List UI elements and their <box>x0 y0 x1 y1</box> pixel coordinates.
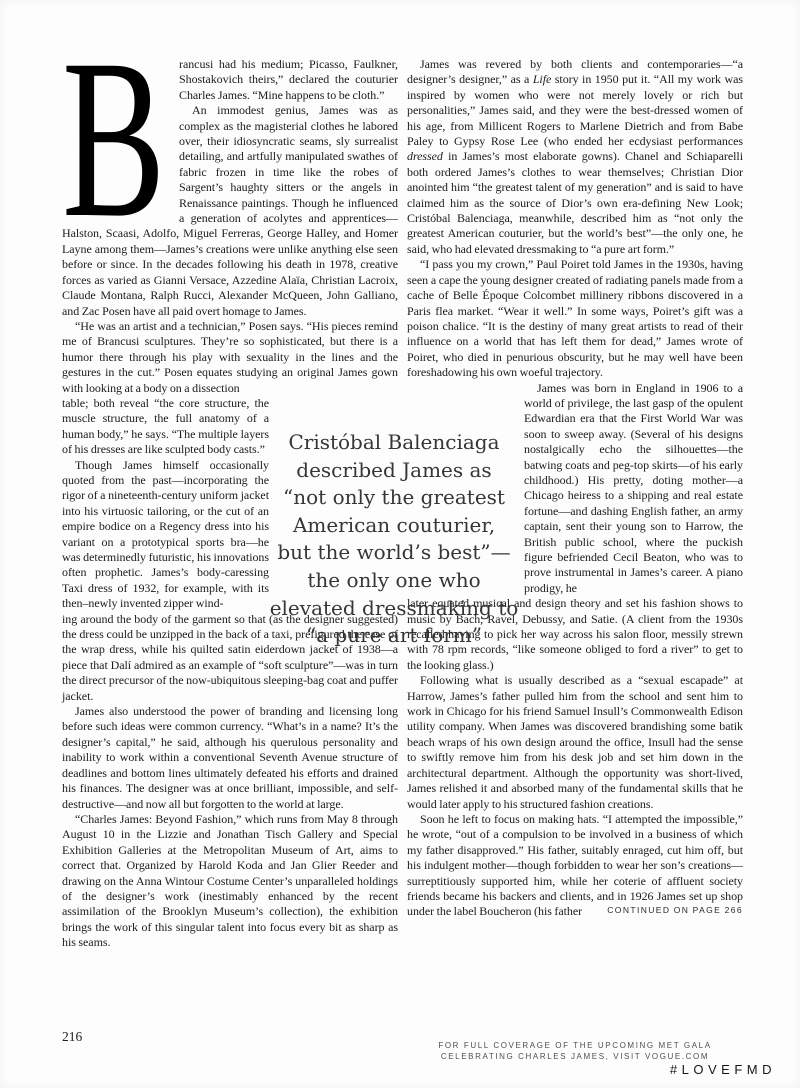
paragraph: table; both reveal “the core structure, … <box>62 396 269 458</box>
pull-quote-line: elevated dressmaking to <box>263 595 525 623</box>
magazine-page: Brancusi had his medium; Picasso, Faulkn… <box>0 0 800 1088</box>
pull-quote-line: Cristóbal Balenciaga <box>263 429 525 457</box>
paragraph: James also understood the power of brand… <box>62 704 398 812</box>
paragraph: James was born in England in 1906 to a w… <box>524 381 743 597</box>
paragraph: “Charles James: Beyond Fashion,” which r… <box>62 812 398 951</box>
paragraph: Though James himself occasionally quoted… <box>62 458 269 612</box>
left-column-full-bottom-block: ing around the body of the garment so th… <box>62 612 398 951</box>
pull-quote-line: “not only the greatest <box>263 484 525 512</box>
pull-quote-line: but the world’s best”— <box>263 539 525 567</box>
footer-note-line-2: CELEBRATING CHARLES JAMES, VISIT VOGUE.C… <box>407 1052 743 1063</box>
footer-note-line-1: FOR FULL COVERAGE OF THE UPCOMING MET GA… <box>407 1041 743 1052</box>
continued-on-page-note: CONTINUED ON PAGE 266 <box>586 903 743 918</box>
left-column-narrow-block: table; both reveal “the core structure, … <box>62 396 269 612</box>
paragraph: James was revered by both clients and co… <box>407 57 743 257</box>
pull-quote-line: described James as <box>263 457 525 485</box>
pull-quote-line: American couturier, <box>263 512 525 540</box>
pull-quote-line: the only one who <box>263 567 525 595</box>
left-column-full-top-block: Brancusi had his medium; Picasso, Faulkn… <box>62 57 398 396</box>
paragraph: Following what is usually described as a… <box>407 673 743 812</box>
right-column-full-top-block: James was revered by both clients and co… <box>407 57 743 381</box>
paragraph: Brancusi had his medium; Picasso, Faulkn… <box>62 57 398 103</box>
paragraph: “He was an artist and a technician,” Pos… <box>62 319 398 396</box>
pull-quote: Cristóbal Balenciaga described James as … <box>263 429 525 650</box>
page-number: 216 <box>62 1029 82 1045</box>
pull-quote-line: “a pure art form” <box>263 622 525 650</box>
footer-note: FOR FULL COVERAGE OF THE UPCOMING MET GA… <box>407 1041 743 1062</box>
paragraph: Soon he left to focus on making hats. “I… <box>407 812 743 920</box>
paragraph-text: rancusi had his medium; Picasso, Faulkne… <box>179 57 398 102</box>
paragraph: “I pass you my crown,” Paul Poiret told … <box>407 257 743 380</box>
watermark: #LOVEFMD <box>670 1062 776 1077</box>
right-column-narrow-block: James was born in England in 1906 to a w… <box>524 381 743 597</box>
drop-cap: B <box>62 60 172 216</box>
drop-cap-letter: B <box>62 8 165 270</box>
